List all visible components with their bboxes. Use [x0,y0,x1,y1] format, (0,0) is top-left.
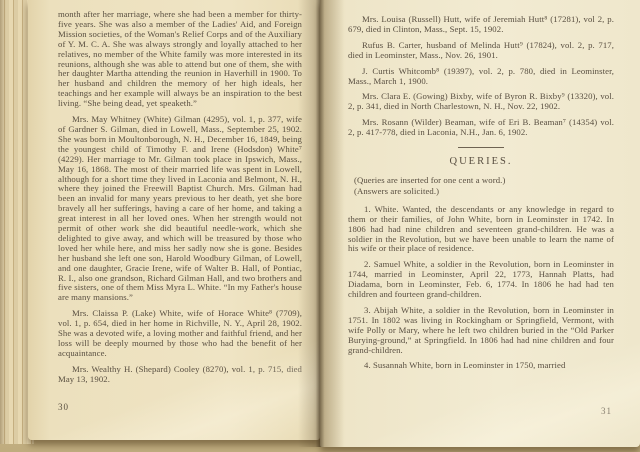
obituary-paragraph-white: Mrs. Claissa P. (Lake) White, wife of Ho… [58,309,302,359]
queries-note-cost: (Queries are inserted for one cent a wor… [354,176,614,186]
page-number-right: 31 [601,406,612,416]
right-page: Mrs. Louisa (Russell) Hutt, wife of Jere… [320,0,640,447]
query-item-3: 3. Abijah White, a soldier in the Revolu… [348,306,614,356]
queries-note-answers: (Answers are solicited.) [354,187,614,197]
obituary-paragraph-cooley: Mrs. Wealthy H. (Shepard) Cooley (8270),… [58,365,302,385]
queries-heading: QUERIES. [348,157,614,167]
obituary-paragraph-gilman: Mrs. May Whitney (White) Gilman (4295), … [58,115,302,303]
obituary-paragraph-beaman: Mrs. Rosann (Wilder) Beaman, wife of Eri… [348,118,614,138]
section-divider-rule [458,147,504,148]
book-scan-photo: month after her marriage, where she had … [0,0,640,452]
right-page-text-block: Mrs. Louisa (Russell) Hutt, wife of Jere… [320,0,640,371]
obituary-paragraph-whitcomb: J. Curtis Whitcomb⁸ (19397), vol. 2, p. … [348,67,614,87]
page-number-left: 30 [58,402,69,412]
query-item-2: 2. Samuel White, a soldier in the Revolu… [348,260,614,300]
obituary-paragraph-hutt: Mrs. Louisa (Russell) Hutt, wife of Jere… [348,15,614,35]
obituary-paragraph-bixby: Mrs. Clara E. (Gowing) Bixby, wife of By… [348,92,614,112]
obituary-paragraph-carter: Rufus B. Carter, husband of Melinda Hutt… [348,41,614,61]
left-page: month after her marriage, where she had … [28,0,320,440]
query-item-1: 1. White. Wanted, the descendants or any… [348,205,614,255]
query-item-4: 4. Susannah White, born in Leominster in… [348,361,614,371]
left-page-text-block: month after her marriage, where she had … [28,0,320,385]
obituary-paragraph-continuation: month after her marriage, where she had … [58,10,302,109]
